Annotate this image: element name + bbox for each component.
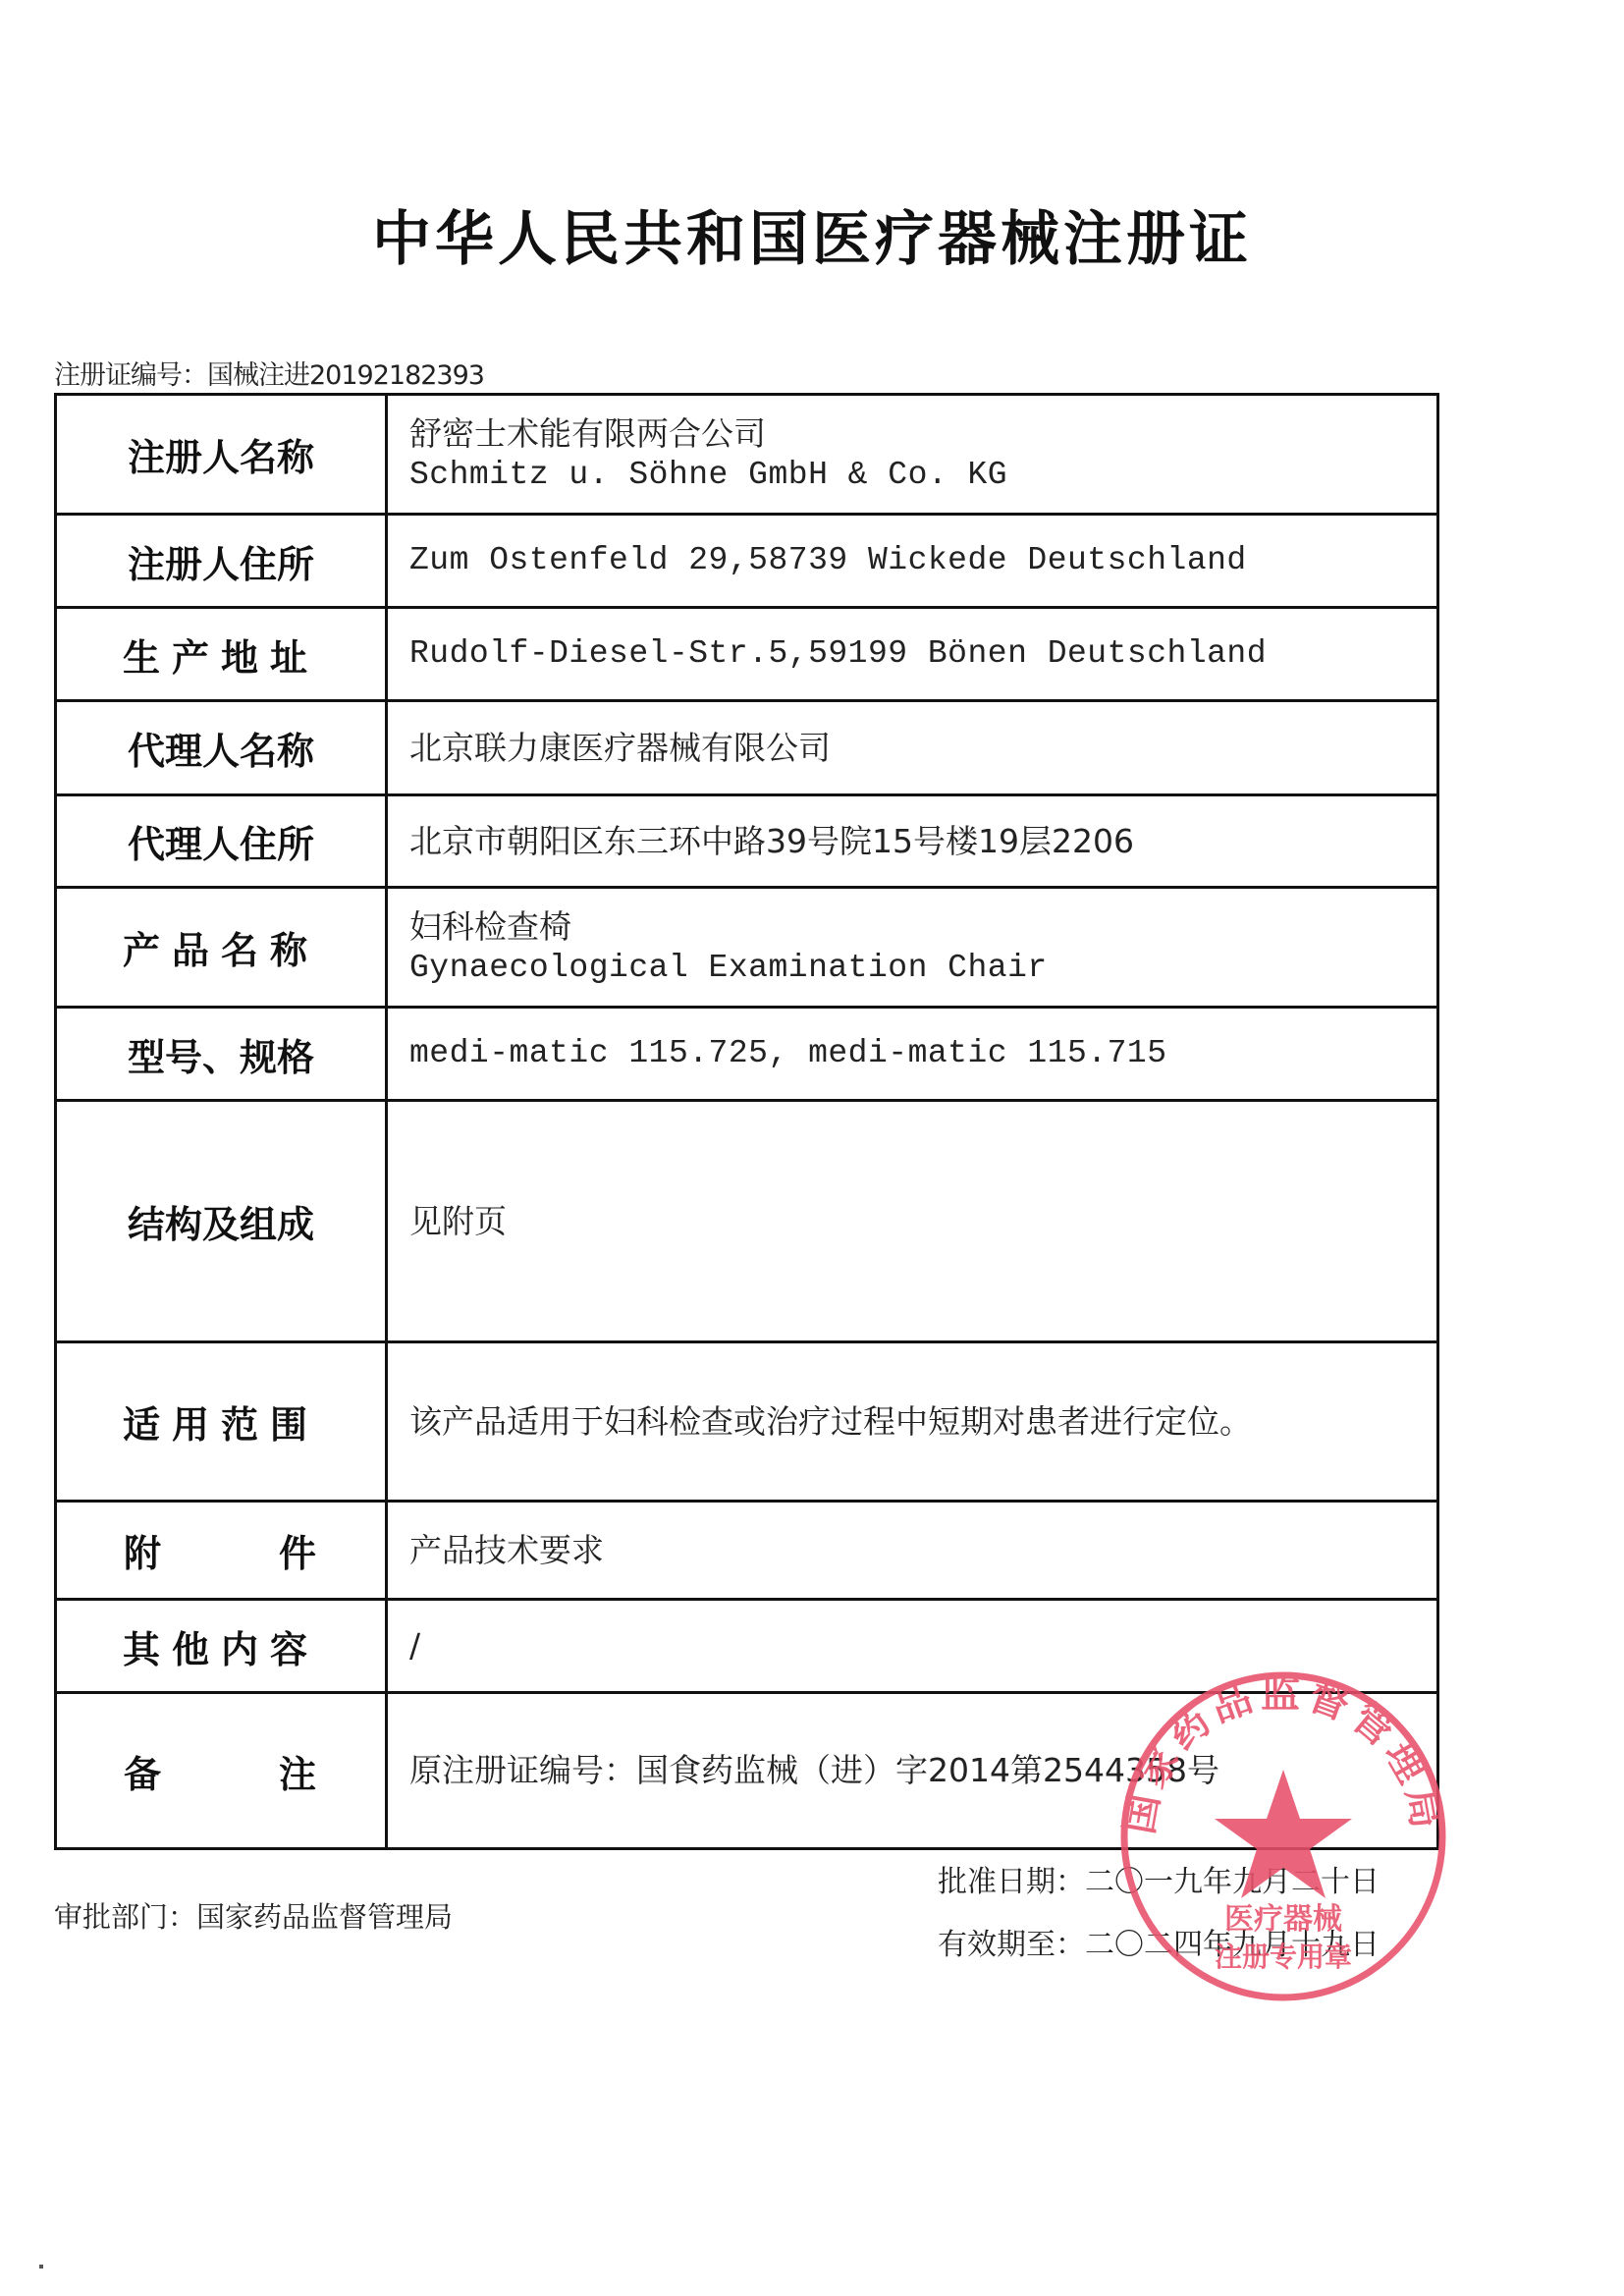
row-label: 型号、规格 — [57, 1009, 388, 1099]
row-production-address: 生产地址 Rudolf-Diesel-Str.5,59199 Bönen Deu… — [57, 609, 1436, 702]
registration-table: 注册人名称 舒密士术能有限两合公司 Schmitz u. Söhne GmbH … — [54, 393, 1439, 1850]
row-label: 代理人住所 — [57, 796, 388, 886]
row-label: 适用范围 — [57, 1343, 388, 1500]
cert-number-line: 注册证编号：国械注进20192182393 — [54, 354, 484, 392]
row-structure-composition: 结构及组成 见附页 — [57, 1102, 1436, 1343]
approval-department: 审批部门：国家药品监督管理局 — [54, 1895, 453, 1936]
row-label: 注册人名称 — [57, 396, 388, 513]
row-label: 备 注 — [57, 1694, 388, 1847]
row-value: Zum Ostenfeld 29,58739 Wickede Deutschla… — [388, 516, 1436, 606]
row-value: 见附页 — [388, 1102, 1436, 1340]
row-value: 妇科检查椅 Gynaecological Examination Chair — [388, 889, 1436, 1006]
row-label: 结构及组成 — [57, 1102, 388, 1340]
row-remarks: 备 注 原注册证编号：国食药监械（进）字2014第2544358号 — [57, 1694, 1436, 1847]
row-scope-of-application: 适用范围 该产品适用于妇科检查或治疗过程中短期对患者进行定位。 — [57, 1343, 1436, 1503]
valid-until-label: 有效期至： — [938, 1928, 1085, 1962]
cert-number-label: 注册证编号： — [54, 360, 207, 391]
registrant-name-en: Schmitz u. Söhne GmbH & Co. KG — [409, 455, 1436, 495]
remarks: 原注册证编号：国食药监械（进）字2014第2544358号 — [409, 1750, 1436, 1790]
attachments: 产品技术要求 — [409, 1530, 1436, 1570]
other-content: / — [409, 1625, 1436, 1666]
row-label: 代理人名称 — [57, 702, 388, 793]
row-model-spec: 型号、规格 medi-matic 115.725, medi-matic 115… — [57, 1009, 1436, 1102]
approval-department-label: 审批部门： — [54, 1900, 196, 1934]
row-value: 舒密士术能有限两合公司 Schmitz u. Söhne GmbH & Co. … — [388, 396, 1436, 513]
agent-address: 北京市朝阳区东三环中路39号院15号楼19层2206 — [409, 821, 1436, 861]
row-label-part: 件 — [279, 1523, 316, 1577]
approval-date-value: 二〇一九年九月二十日 — [1085, 1865, 1380, 1899]
product-name-cn: 妇科检查椅 — [409, 906, 1436, 947]
row-label-part: 注 — [279, 1744, 316, 1798]
row-label: 生产地址 — [57, 609, 388, 699]
scan-speck — [39, 2265, 43, 2269]
row-label: 附 件 — [57, 1503, 388, 1598]
model-spec: medi-matic 115.725, medi-matic 115.715 — [409, 1033, 1436, 1073]
document-title: 中华人民共和国医疗器械注册证 — [0, 192, 1624, 277]
row-value: 产品技术要求 — [388, 1503, 1436, 1598]
approval-date: 批准日期：二〇一九年九月二十日 — [938, 1851, 1380, 1914]
row-label: 其他内容 — [57, 1601, 388, 1691]
approval-department-value: 国家药品监督管理局 — [196, 1900, 453, 1934]
cert-number-value: 国械注进20192182393 — [207, 360, 484, 391]
row-registrant-name: 注册人名称 舒密士术能有限两合公司 Schmitz u. Söhne GmbH … — [57, 396, 1436, 516]
agent-name: 北京联力康医疗器械有限公司 — [409, 728, 1436, 768]
row-label-part: 附 — [124, 1523, 161, 1577]
row-value: 该产品适用于妇科检查或治疗过程中短期对患者进行定位。 — [388, 1343, 1436, 1500]
row-label: 注册人住所 — [57, 516, 388, 606]
row-value: Rudolf-Diesel-Str.5,59199 Bönen Deutschl… — [388, 609, 1436, 699]
approval-date-label: 批准日期： — [938, 1865, 1085, 1899]
valid-until-value: 二〇二四年九月十九日 — [1085, 1928, 1380, 1962]
valid-until: 有效期至：二〇二四年九月十九日 — [938, 1914, 1380, 1977]
row-value: 北京联力康医疗器械有限公司 — [388, 702, 1436, 793]
row-attachments: 附 件 产品技术要求 — [57, 1503, 1436, 1601]
row-agent-address: 代理人住所 北京市朝阳区东三环中路39号院15号楼19层2206 — [57, 796, 1436, 889]
row-product-name: 产品名称 妇科检查椅 Gynaecological Examination Ch… — [57, 889, 1436, 1009]
row-agent-name: 代理人名称 北京联力康医疗器械有限公司 — [57, 702, 1436, 796]
production-address: Rudolf-Diesel-Str.5,59199 Bönen Deutschl… — [409, 633, 1436, 674]
row-value: medi-matic 115.725, medi-matic 115.715 — [388, 1009, 1436, 1099]
registrant-address: Zum Ostenfeld 29,58739 Wickede Deutschla… — [409, 540, 1436, 580]
registrant-name-cn: 舒密士术能有限两合公司 — [409, 413, 1436, 454]
row-value: 原注册证编号：国食药监械（进）字2014第2544358号 — [388, 1694, 1436, 1847]
row-registrant-address: 注册人住所 Zum Ostenfeld 29,58739 Wickede Deu… — [57, 516, 1436, 609]
row-label-part: 备 — [124, 1744, 161, 1798]
row-label: 产品名称 — [57, 889, 388, 1006]
row-other-content: 其他内容 / — [57, 1601, 1436, 1694]
scope-of-application: 该产品适用于妇科检查或治疗过程中短期对患者进行定位。 — [409, 1401, 1436, 1442]
product-name-en: Gynaecological Examination Chair — [409, 948, 1436, 988]
row-value: 北京市朝阳区东三环中路39号院15号楼19层2206 — [388, 796, 1436, 886]
date-block: 批准日期：二〇一九年九月二十日 有效期至：二〇二四年九月十九日 — [938, 1851, 1380, 1977]
structure-composition: 见附页 — [409, 1201, 1436, 1241]
row-value: / — [388, 1601, 1436, 1691]
